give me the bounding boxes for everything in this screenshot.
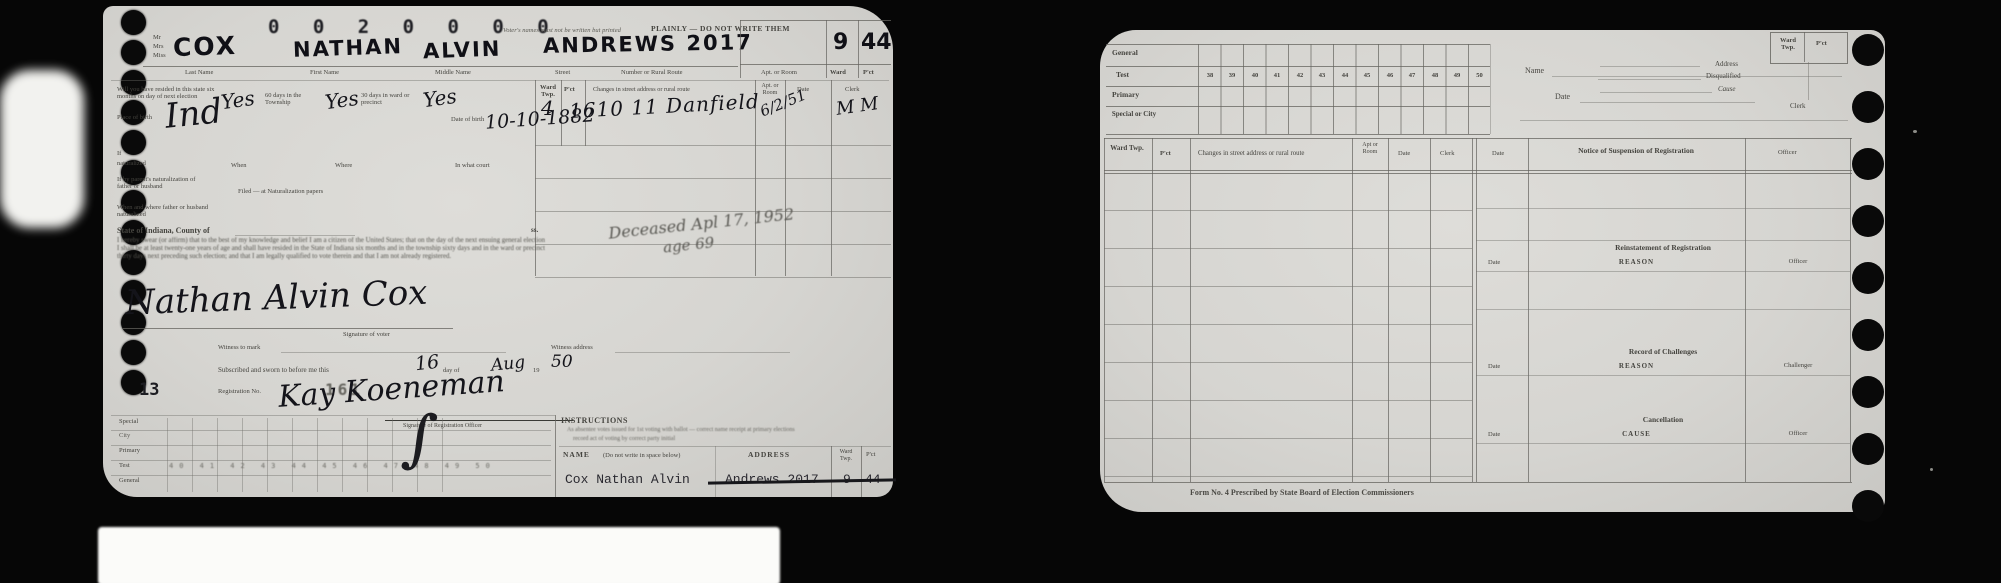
grid-row-special: Special or City (1108, 110, 1160, 118)
street-label: Street (555, 69, 570, 76)
rule-line (1804, 32, 1805, 62)
rule-line (123, 328, 453, 329)
mini-row-test: Test (119, 462, 130, 469)
rule-line (831, 446, 832, 497)
col-changes: Changes in street address or rural route (1198, 150, 1304, 158)
pct-box-label: P'ct (1816, 40, 1827, 47)
film-speck (1913, 130, 1917, 133)
film-flare-blob (0, 70, 84, 228)
form-footer: Form No. 4 Prescribed by State Board of … (1190, 488, 1414, 497)
cause-label: Cause (1718, 85, 1736, 93)
rule-line (1106, 134, 1490, 135)
col-clerk: Clerk (1440, 150, 1454, 157)
voter-signature: Nathan Alvin Cox (124, 273, 428, 324)
changes-column-label: Changes in street address or rural route (593, 86, 690, 93)
grid-row-general: General (1112, 49, 1138, 58)
date-line-label: Date (1555, 92, 1570, 101)
col-date: Date (1398, 150, 1410, 157)
rule-line (1808, 62, 1809, 100)
pct-label: P'ct (863, 69, 874, 76)
first-name-value: Nathan (293, 34, 404, 62)
registration-no-label: Registration No. (218, 388, 261, 395)
rule-line (1104, 170, 1852, 171)
rule-line (1600, 66, 1700, 67)
cancellation-officer: Officer (1748, 430, 1848, 437)
mini-row-city: City (119, 432, 130, 439)
rule-line (858, 20, 859, 78)
year-41: 41 (1266, 72, 1288, 79)
rule-line (1476, 375, 1850, 376)
cancellation-cause: CAUSE (1528, 430, 1745, 438)
year-45: 45 (1356, 72, 1378, 79)
year-48: 48 (1424, 72, 1446, 79)
rule-line (615, 352, 790, 353)
salutation-miss: Miss (153, 52, 166, 59)
reinstatement-reason: REASON (1528, 258, 1745, 266)
film-white-band (98, 527, 780, 583)
year-47: 47 (1401, 72, 1423, 79)
challenges-challenger: Challenger (1748, 362, 1848, 369)
sworn-year-prefix: 19 (533, 367, 540, 374)
parent-naturalization-label: If by parent's naturalization of father … (117, 176, 209, 191)
rule-line (740, 20, 741, 78)
punch-hole (1852, 433, 1884, 465)
microfilm-frame: 0 0 2 0 0 0 0 Voter's names must not be … (0, 0, 2001, 583)
rule-line (1850, 138, 1851, 482)
place-of-birth-label: Place of birth (117, 114, 153, 121)
year-cell-rules (1198, 44, 1491, 134)
punch-hole (1852, 34, 1884, 66)
question-60-days: 60 days in the Township (265, 92, 323, 107)
rule-line (111, 430, 551, 431)
voter-signature-label: Signature of voter (343, 331, 390, 338)
rule-line (111, 475, 551, 476)
rule-line (1476, 309, 1850, 310)
rule-line (1552, 76, 1842, 77)
left-row-rules (1104, 173, 1472, 482)
year-49: 49 (1446, 72, 1468, 79)
change-row-rules (535, 113, 891, 278)
rule-line (111, 460, 551, 461)
punch-hole (121, 130, 146, 155)
col-ward-twp: Ward Twp. (1106, 144, 1148, 152)
edge-number-stamp: 13 (139, 380, 159, 400)
reinstatement-title: Reinstatement of Registration (1476, 244, 1850, 253)
where-label: Where (335, 162, 352, 169)
rule-line (1476, 240, 1850, 241)
reinstatement-officer: Officer (1748, 258, 1848, 265)
mini-test-values: 40 41 42 43 44 45 46 47 48 49 50 (169, 462, 496, 470)
punch-hole (1852, 91, 1884, 123)
punch-hole (1852, 205, 1884, 237)
index-no-write-note: (Do not write in space below) (603, 452, 680, 459)
sworn-year-value: 50 (551, 352, 573, 372)
challenges-date: Date (1488, 363, 1500, 370)
year-39: 39 (1221, 72, 1243, 79)
pct-column-label: P'ct (564, 86, 575, 93)
col-pct: P'ct (1160, 150, 1171, 157)
punch-hole (1852, 262, 1884, 294)
when-label: When (231, 162, 247, 169)
number-rural-route-label: Number or Rural Route (621, 69, 683, 76)
clerk-line-label: Clerk (1790, 102, 1806, 110)
rule-line (1476, 271, 1850, 272)
first-name-label: First Name (310, 69, 339, 76)
rule-line (826, 20, 827, 78)
instructions-line1: As absentee votes issued for 1st voting … (567, 427, 882, 434)
col-apt: Apt or Room (1355, 142, 1385, 156)
last-name-value: Cox (173, 31, 238, 62)
apt-room-label: Apt. or Room (761, 69, 797, 76)
col-date2: Date (1492, 150, 1504, 157)
name-line-label: Name (1525, 66, 1544, 75)
index-address-label: ADDRESS (748, 451, 790, 460)
year-40: 40 (1244, 72, 1266, 79)
index-name-label: NAME (563, 451, 590, 460)
mini-row-primary: Primary (119, 447, 140, 454)
rule-line (1476, 208, 1850, 209)
salutation-mrs: Mrs (153, 43, 163, 50)
rule-line (143, 66, 738, 67)
film-speck (1930, 468, 1933, 471)
rule-line (1745, 138, 1746, 482)
rule-line (555, 415, 556, 497)
instructions-title: INSTRUCTIONS (561, 416, 628, 425)
rule-line (111, 415, 555, 416)
middle-name-label: Middle Name (435, 69, 471, 76)
index-pct-label: P'ct (866, 451, 875, 458)
ward-label: Ward (830, 69, 846, 76)
grid-row-primary: Primary (1112, 91, 1139, 100)
punch-hole (1852, 148, 1884, 180)
middle-name-value: Alvin (423, 37, 502, 64)
answer-60-days: Yes (323, 86, 360, 114)
col-officer: Officer (1778, 149, 1797, 156)
registration-card-back: General Test Primary Special or City 38 … (1100, 30, 1885, 512)
rule-line (559, 446, 891, 447)
punch-hole (1852, 376, 1884, 408)
punch-hole (121, 340, 146, 365)
pct-value: 44 (861, 30, 892, 55)
court-label: In what court (455, 162, 490, 169)
year-44: 44 (1334, 72, 1356, 79)
mini-row-special: Special (119, 418, 138, 425)
date-of-birth-label: Date of birth (451, 116, 485, 123)
rule-line (281, 352, 506, 353)
year-50: 50 (1469, 72, 1490, 79)
rule-line (1598, 79, 1701, 80)
rule-line (715, 446, 716, 497)
rule-line (1472, 138, 1473, 482)
oath-state-line: State of Indiana, County of (117, 226, 210, 235)
rule-line (235, 235, 355, 236)
last-name-label: Last Name (185, 69, 213, 76)
year-43: 43 (1311, 72, 1333, 79)
father-naturalized-label: When and where father or husband natural… (117, 204, 217, 219)
rule-line (861, 446, 862, 497)
challenges-title: Record of Challenges (1476, 348, 1850, 357)
cancellation-date: Date (1488, 431, 1500, 438)
instructions-line2: record act of voting by correct party in… (573, 436, 873, 443)
punch-hole (1852, 319, 1884, 351)
rule-line (1104, 138, 1852, 139)
punch-hole (121, 10, 146, 35)
answer-30-days: Yes (421, 84, 458, 112)
registration-card-front: 0 0 2 0 0 0 0 Voter's names must not be … (103, 6, 893, 497)
punch-dot-column (1852, 34, 1884, 522)
ward-value: 9 (833, 30, 850, 55)
answer-resided-state: Yes (219, 86, 256, 114)
disqualified-label: Disqualified (1706, 72, 1741, 80)
place-of-birth-value: Ind (163, 91, 224, 137)
street-value: Andrews 2017 (543, 30, 753, 58)
rule-line (1476, 138, 1477, 482)
rule-line (1520, 120, 1848, 121)
punch-hole (1852, 490, 1884, 522)
ward-twp-box-label: Ward Twp. (1774, 37, 1802, 52)
if-label: If (117, 150, 121, 157)
rule-line (111, 445, 551, 446)
witness-to-mark-label: Witness to mark (218, 344, 260, 351)
col-suspension-notice: Notice of Suspension of Registration (1530, 147, 1742, 156)
year-42: 42 (1289, 72, 1311, 79)
year-46: 46 (1379, 72, 1401, 79)
filed-naturalization-note: Filed — at Naturalization papers (238, 188, 323, 195)
oath-ss: ss. (531, 226, 538, 234)
year-38: 38 (1199, 72, 1221, 79)
address-label: Address (1715, 60, 1738, 68)
punch-hole (121, 40, 146, 65)
mini-row-general: General (119, 477, 140, 484)
reinstatement-date: Date (1488, 259, 1500, 266)
rule-line (1104, 482, 1852, 483)
naturalized-label: naturalized (117, 160, 146, 167)
rule-line (740, 20, 891, 21)
clerk-column-label: Clerk (845, 86, 859, 93)
oath-body: I hereby swear (or affirm) that to the b… (117, 237, 545, 262)
sworn-prefix: Subscribed and sworn to before me this (218, 366, 329, 374)
rule-line (111, 80, 889, 81)
challenges-reason: REASON (1528, 362, 1745, 370)
rule-line (1600, 92, 1712, 93)
cancellation-title: Cancellation (1476, 416, 1850, 425)
index-ward-label: Ward Twp. (833, 449, 859, 463)
rule-line (740, 64, 891, 65)
rule-line (1476, 443, 1850, 444)
witness-address-label: Witness address (551, 344, 593, 351)
index-typed-name: Cox Nathan Alvin (565, 472, 690, 487)
salutation-mr: Mr (153, 34, 161, 41)
question-30-days: 30 days in ward or precinct (361, 92, 421, 107)
punch-hole-column (121, 10, 146, 395)
grid-row-test: Test (1116, 71, 1129, 80)
rule-line (1580, 102, 1755, 103)
